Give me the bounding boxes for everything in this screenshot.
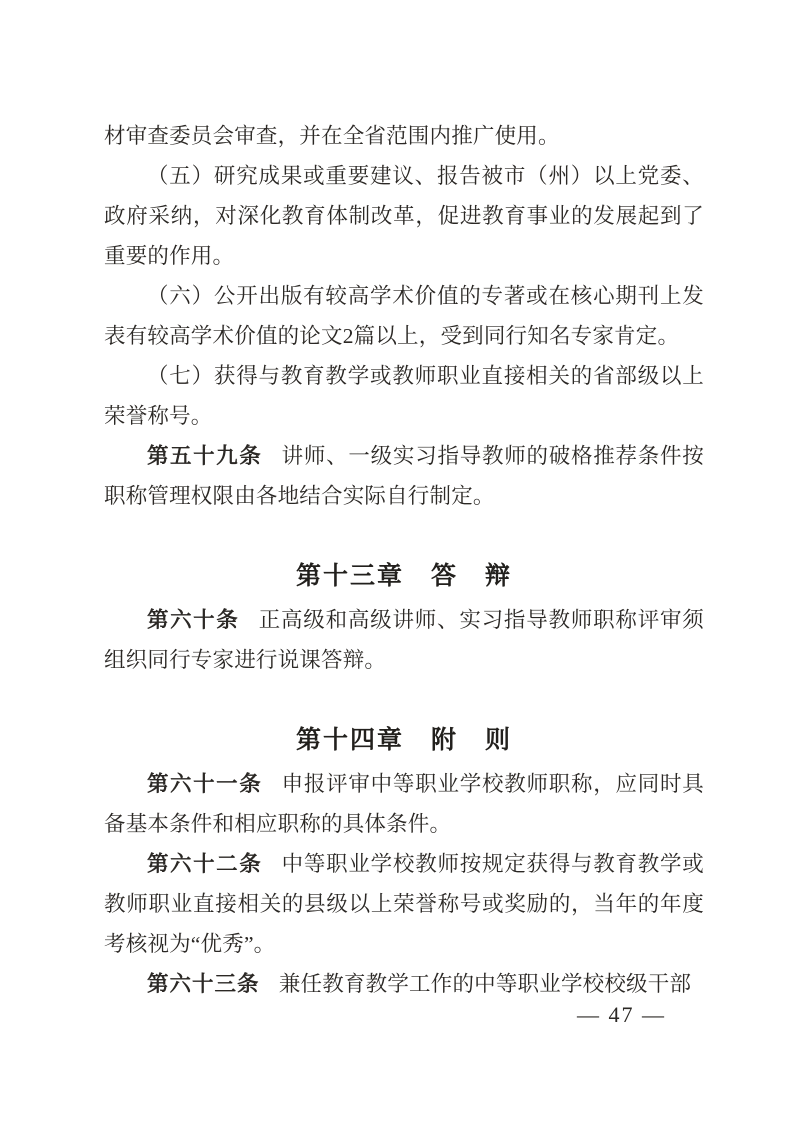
article-60-number: 第六十条 (147, 608, 239, 632)
document-body: 材审查委员会审查，并在全省范围内推广使用。 （五）研究成果或重要建议、报告被市（… (104, 116, 704, 1004)
page-number: — 47 — (577, 1000, 666, 1030)
article-60: 第六十条正高级和高级讲师、实习指导教师职称评审须组织同行专家进行说课答辩。 (104, 600, 704, 680)
article-63: 第六十三条兼任教育教学工作的中等职业学校校级干部 (104, 964, 704, 1004)
article-61: 第六十一条申报评审中等职业学校教师职称，应同时具备基本条件和相应职称的具体条件。 (104, 764, 704, 844)
article-63-text: 兼任教育教学工作的中等职业学校校级干部 (279, 972, 691, 996)
article-62: 第六十二条中等职业学校教师按规定获得与教育教学或教师职业直接相关的县级以上荣誉称… (104, 844, 704, 964)
article-63-number: 第六十三条 (147, 972, 260, 996)
article-61-number: 第六十一条 (147, 772, 262, 796)
clause-item-5: （五）研究成果或重要建议、报告被市（州）以上党委、政府采纳，对深化教育体制改革，… (104, 156, 704, 276)
article-59: 第五十九条讲师、一级实习指导教师的破格推荐条件按职称管理权限由各地结合实际自行制… (104, 436, 704, 516)
article-59-number: 第五十九条 (147, 444, 262, 468)
chapter-14-heading: 第十四章 附 则 (104, 720, 704, 760)
clause-item-7: （七）获得与教育教学或教师职业直接相关的省部级以上荣誉称号。 (104, 356, 704, 436)
clause-item-6: （六）公开出版有较高学术价值的专著或在核心期刊上发表有较高学术价值的论文2篇以上… (104, 276, 704, 356)
article-62-number: 第六十二条 (147, 852, 262, 876)
document-page: 材审查委员会审查，并在全省范围内推广使用。 （五）研究成果或重要建议、报告被市（… (0, 0, 800, 1131)
chapter-13-heading: 第十三章 答 辩 (104, 556, 704, 596)
paragraph-continuation: 材审查委员会审查，并在全省范围内推广使用。 (104, 116, 704, 156)
